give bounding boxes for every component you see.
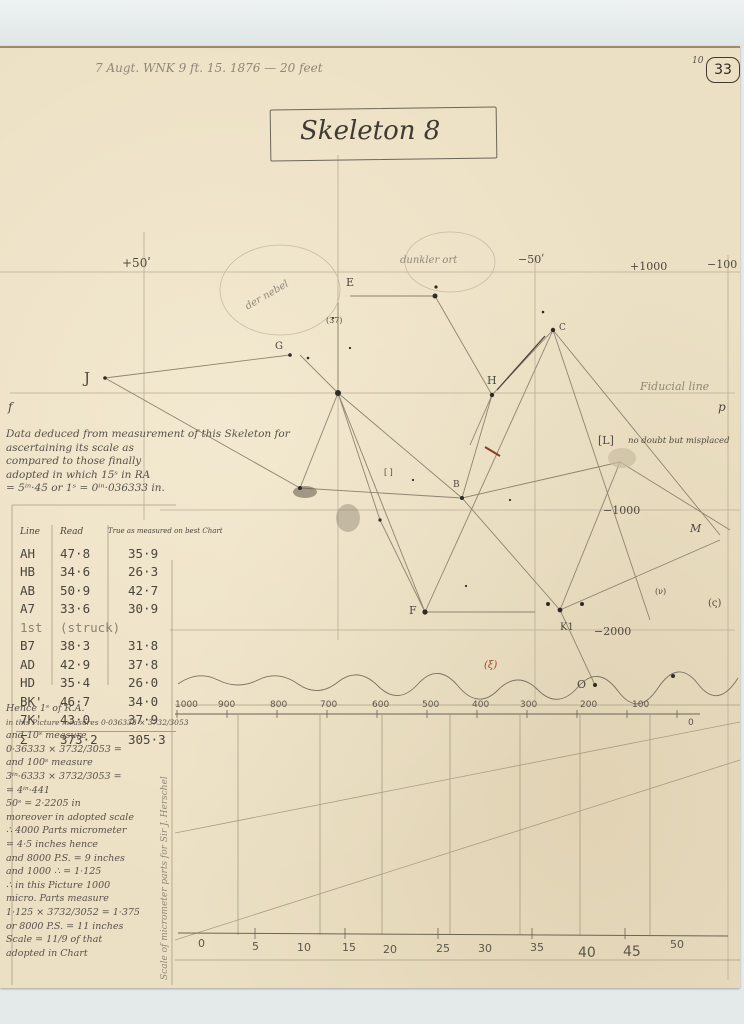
star-label-j: J bbox=[84, 369, 90, 387]
table-row: A733·630·9 bbox=[16, 601, 176, 620]
star-label-nu: (ν) bbox=[655, 587, 666, 596]
table-row: B738·331·8 bbox=[16, 638, 176, 657]
axis-mark-mid: −50ʹ bbox=[518, 253, 544, 266]
header-line: Line bbox=[20, 527, 40, 537]
upper-scale-label: 300 bbox=[520, 700, 537, 710]
upper-scale-label: 100 bbox=[632, 700, 649, 710]
calc-line: in this Picture measures 0·036333 × 3732… bbox=[6, 716, 188, 730]
center-box-mark: [ ] bbox=[384, 468, 393, 477]
cloud-right-note: dunkler ort bbox=[400, 255, 457, 266]
intro-line: compared to those finally bbox=[6, 455, 290, 469]
table-row: AD42·937·8 bbox=[16, 657, 176, 676]
table-row: AB50·942·7 bbox=[16, 583, 176, 602]
lower-scale-label: 10 bbox=[297, 941, 311, 954]
upper-scale-label: 0 bbox=[688, 718, 694, 728]
header-true: True as measured on best Chart bbox=[108, 527, 223, 535]
star-label-o: O bbox=[577, 678, 586, 691]
upper-scale-label: 700 bbox=[320, 700, 337, 710]
upper-scale-label: 200 bbox=[580, 700, 597, 710]
star-label-m: M bbox=[690, 522, 701, 535]
table-row: HD35·426·0 bbox=[16, 675, 176, 694]
table-row: AH47·835·9 bbox=[16, 546, 176, 565]
lower-scale-label: 50 bbox=[670, 938, 684, 951]
calc-line: Hence 1ˢ of R.A. bbox=[6, 702, 188, 716]
table-row-struck: 1st(struck) bbox=[16, 620, 176, 639]
calc-line: 0·36333 × 3732/3053 = bbox=[6, 743, 188, 757]
data-note-intro: Data deduced from measurement of this Sk… bbox=[6, 428, 290, 496]
calc-line: and 10ˢ measure bbox=[6, 729, 188, 743]
star-label-b: B bbox=[453, 480, 460, 490]
red-ink-note: (ξ) bbox=[484, 660, 497, 671]
star-note-37: (37) bbox=[326, 316, 342, 325]
upper-scale-label: 900 bbox=[218, 700, 235, 710]
upper-scale-label: 400 bbox=[472, 700, 489, 710]
vertical-scale-note: Scale of micrometer parts for Sir J. Her… bbox=[160, 776, 170, 980]
intro-line: ascertaining its scale as bbox=[6, 442, 290, 456]
lower-scale-label: 15 bbox=[342, 941, 356, 954]
page-title: Skeleton 8 bbox=[300, 116, 440, 146]
upper-scale-label: 1000 bbox=[175, 700, 198, 710]
star-label-g: G bbox=[275, 341, 283, 352]
header-read: Read bbox=[60, 527, 83, 537]
line-label-p: p bbox=[718, 400, 726, 414]
axis-mark-left: +50ʹ bbox=[122, 256, 151, 270]
axis-mark-ra-mid: −1000 bbox=[603, 504, 640, 517]
table-row: HB34·626·3 bbox=[16, 564, 176, 583]
corner-mark: 10 bbox=[692, 56, 703, 66]
lower-scale-label: 20 bbox=[383, 943, 397, 956]
upper-scale-label: 500 bbox=[422, 700, 439, 710]
lower-scale-label: 0 bbox=[198, 937, 205, 950]
star-label-h: H bbox=[487, 374, 497, 387]
intro-line: Data deduced from measurement of this Sk… bbox=[6, 428, 290, 442]
lower-scale-label: 25 bbox=[436, 942, 450, 955]
star-label-f: F bbox=[409, 604, 417, 617]
lower-scale-label: 5 bbox=[252, 940, 259, 953]
line-label-f: f bbox=[8, 400, 12, 414]
upper-scale-label: 800 bbox=[270, 700, 287, 710]
lower-scale-label: 40 bbox=[578, 945, 596, 961]
intro-line: = 5ⁱⁿ·45 or 1ˢ = 0ⁱⁿ·036333 in. bbox=[6, 482, 290, 496]
star-label-c: C bbox=[559, 323, 566, 333]
calc-line: and 100ˢ measure bbox=[6, 756, 188, 770]
lower-scale-label: 30 bbox=[478, 942, 492, 955]
lower-scale-label: 45 bbox=[623, 944, 641, 960]
star-label-l: [L] bbox=[598, 434, 614, 447]
axis-mark-right: −100 bbox=[707, 258, 737, 271]
star-label-e: E bbox=[346, 276, 354, 289]
header-note: 7 Augt. WNK 9 ft. 15. 1876 — 20 feet bbox=[95, 61, 323, 75]
star-label-sigma: (ς) bbox=[708, 598, 721, 609]
axis-mark-ra-top: +1000 bbox=[630, 260, 667, 273]
fiducial-line-note: Fiducial line bbox=[640, 380, 709, 393]
star-label-k1: K1 bbox=[560, 622, 574, 633]
l-note: no doubt but misplaced bbox=[628, 436, 730, 446]
intro-line: adopted in which 15ˢ in RA bbox=[6, 469, 290, 483]
page-number: 33 bbox=[706, 57, 740, 83]
upper-scale-label: 600 bbox=[372, 700, 389, 710]
table-header: Line Read True as measured on best Chart bbox=[16, 527, 176, 546]
lower-scale-label: 35 bbox=[530, 941, 544, 954]
axis-mark-ra-low: −2000 bbox=[594, 625, 631, 638]
